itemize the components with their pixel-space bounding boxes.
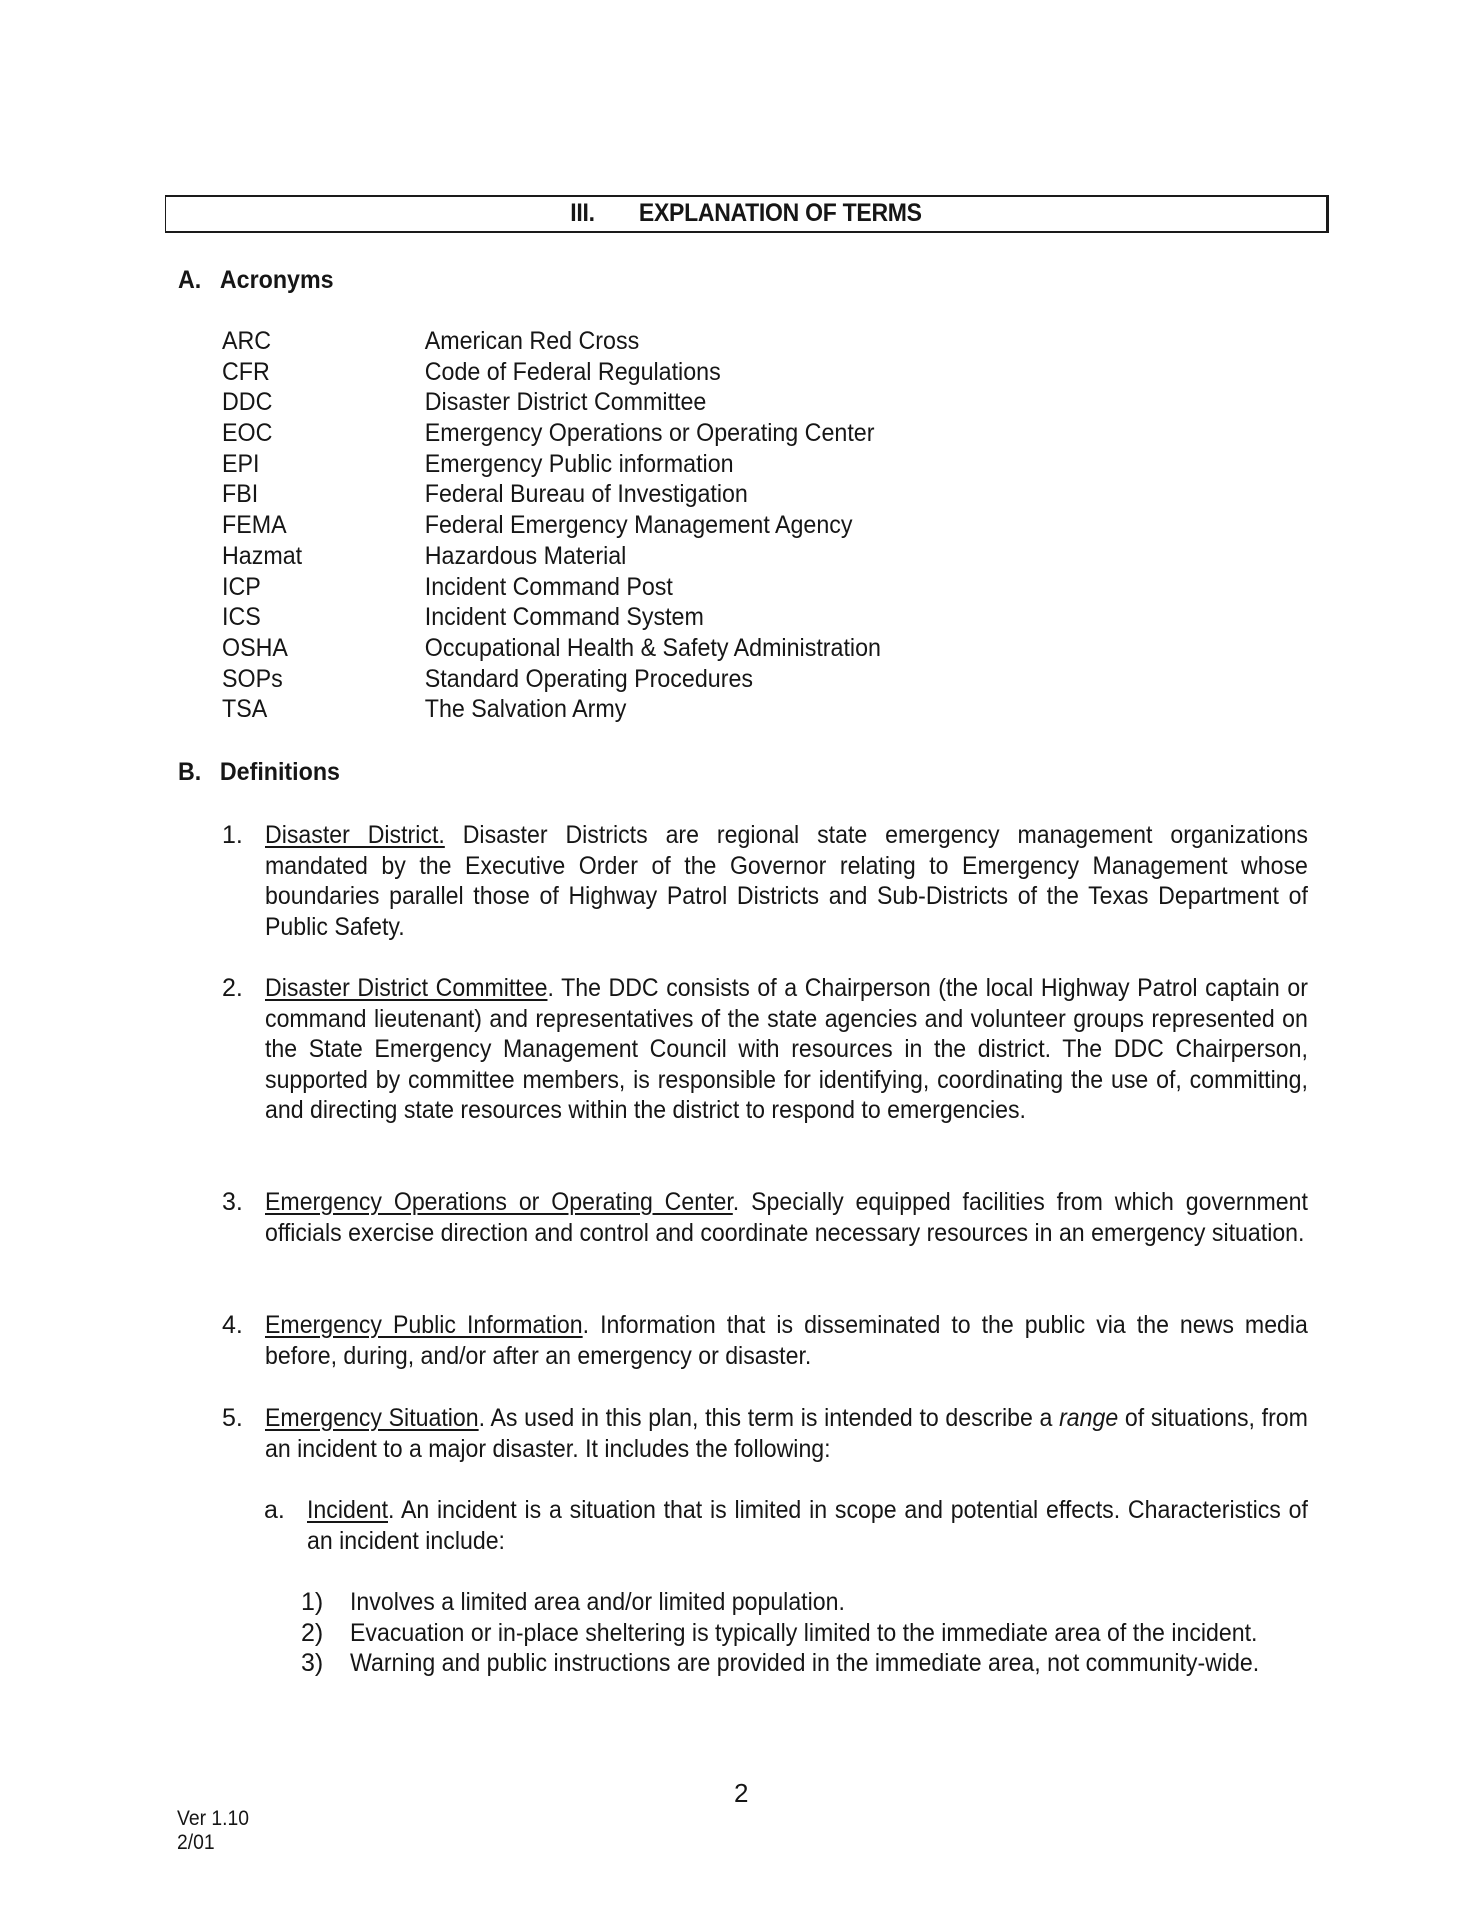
acronym-meaning: Code of Federal Regulations — [425, 358, 721, 386]
acronym-row: HazmatHazardous Material — [222, 541, 931, 572]
acronym-row: OSHAOccupational Health & Safety Adminis… — [222, 633, 931, 664]
definition-term: Disaster District Committee — [265, 974, 547, 1002]
acronym-abbreviation: Hazmat — [222, 541, 425, 572]
characteristic-text: Involves a limited area and/or limited p… — [350, 1587, 1308, 1618]
characteristic-item: 3)Warning and public instructions are pr… — [301, 1648, 1308, 1679]
definition-term: Emergency Situation — [265, 1404, 479, 1432]
section-title-text: EXPLANATION OF TERMS — [639, 199, 922, 227]
acronym-abbreviation: FEMA — [222, 510, 425, 541]
acronym-meaning: Federal Bureau of Investigation — [425, 480, 748, 508]
acronym-abbreviation: OSHA — [222, 633, 425, 664]
definition-number: 4. — [222, 1310, 243, 1341]
characteristics-list: 1)Involves a limited area and/or limited… — [301, 1587, 1308, 1679]
definitions-letter: B. — [178, 758, 220, 787]
page-number: 2 — [734, 1778, 748, 1809]
acronym-meaning: Emergency Operations or Operating Center — [425, 419, 875, 447]
acronym-row: ARCAmerican Red Cross — [222, 326, 931, 357]
acronym-row: EPIEmergency Public information — [222, 449, 931, 480]
characteristic-item: 2)Evacuation or in-place sheltering is t… — [301, 1618, 1308, 1649]
section-number: III. — [570, 199, 594, 228]
definition-term: Disaster District. — [265, 821, 445, 849]
acronym-row: ICSIncident Command System — [222, 602, 931, 633]
acronyms-heading-text: Acronyms — [220, 266, 334, 294]
definition-item: 4. Emergency Public Information. Informa… — [222, 1310, 1308, 1371]
acronym-meaning: American Red Cross — [425, 327, 639, 355]
subitem-term: Incident — [307, 1496, 388, 1524]
acronym-meaning: Federal Emergency Management Agency — [425, 511, 853, 539]
acronym-meaning: Incident Command System — [425, 603, 704, 631]
characteristic-item: 1)Involves a limited area and/or limited… — [301, 1587, 1308, 1618]
version-label: Ver 1.10 — [177, 1807, 249, 1831]
definition-text: . As used in this plan, this term is int… — [479, 1404, 1059, 1432]
acronym-table: ARCAmerican Red CrossCFRCode of Federal … — [222, 326, 931, 725]
acronym-row: FBIFederal Bureau of Investigation — [222, 479, 931, 510]
acronym-abbreviation: ICP — [222, 572, 425, 603]
acronym-meaning: Standard Operating Procedures — [425, 665, 753, 693]
acronym-row: SOPsStandard Operating Procedures — [222, 664, 931, 695]
acronym-abbreviation: FBI — [222, 479, 425, 510]
section-title: III.EXPLANATION OF TERMS — [212, 199, 1279, 228]
definition-item: 5. Emergency Situation. As used in this … — [222, 1403, 1308, 1464]
acronym-meaning: Emergency Public information — [425, 450, 734, 478]
acronym-abbreviation: SOPs — [222, 664, 425, 695]
definition-term: Emergency Public Information — [265, 1311, 583, 1339]
definition-term: Emergency Operations or Operating Center — [265, 1188, 733, 1216]
acronym-abbreviation: TSA — [222, 694, 425, 725]
characteristic-number: 1) — [301, 1587, 323, 1618]
acronym-abbreviation: CFR — [222, 357, 425, 388]
definition-item: 3. Emergency Operations or Operating Cen… — [222, 1187, 1308, 1248]
definitions-heading-text: Definitions — [220, 758, 340, 786]
definition-number: 5. — [222, 1403, 243, 1434]
characteristic-number: 3) — [301, 1648, 323, 1679]
acronym-meaning: Occupational Health & Safety Administrat… — [425, 634, 881, 662]
acronym-meaning: Incident Command Post — [425, 573, 673, 601]
version-footer: Ver 1.10 2/01 — [177, 1807, 249, 1855]
definitions-heading: B.Definitions — [178, 758, 340, 787]
acronym-row: EOCEmergency Operations or Operating Cen… — [222, 418, 931, 449]
characteristic-text: Evacuation or in-place sheltering is typ… — [350, 1618, 1308, 1649]
acronyms-letter: A. — [178, 266, 220, 295]
acronym-abbreviation: EOC — [222, 418, 425, 449]
definition-item: 1. Disaster District. Disaster Districts… — [222, 820, 1308, 942]
definition-subitem: a. Incident. An incident is a situation … — [264, 1495, 1308, 1556]
acronym-abbreviation: DDC — [222, 387, 425, 418]
document-page: III.EXPLANATION OF TERMS A.Acronyms ARCA… — [0, 0, 1484, 1920]
acronym-row: CFRCode of Federal Regulations — [222, 357, 931, 388]
definition-italic-word: range — [1059, 1404, 1118, 1432]
acronym-row: DDCDisaster District Committee — [222, 387, 931, 418]
definition-number: 3. — [222, 1187, 243, 1218]
acronym-row: FEMAFederal Emergency Management Agency — [222, 510, 931, 541]
section-title-box: III.EXPLANATION OF TERMS — [165, 195, 1329, 233]
acronym-abbreviation: ARC — [222, 326, 425, 357]
acronym-meaning: The Salvation Army — [425, 695, 627, 723]
characteristic-text: Warning and public instructions are prov… — [350, 1648, 1308, 1679]
acronym-row: ICPIncident Command Post — [222, 572, 931, 603]
acronym-meaning: Hazardous Material — [425, 542, 627, 570]
acronyms-heading: A.Acronyms — [178, 266, 334, 295]
definition-number: 1. — [222, 820, 243, 851]
definition-number: 2. — [222, 973, 243, 1004]
subitem-letter: a. — [264, 1495, 285, 1526]
subitem-text: . An incident is a situation that is lim… — [307, 1496, 1308, 1555]
acronym-abbreviation: ICS — [222, 602, 425, 633]
acronym-meaning: Disaster District Committee — [425, 388, 707, 416]
version-date: 2/01 — [177, 1831, 249, 1855]
definition-item: 2. Disaster District Committee. The DDC … — [222, 973, 1308, 1126]
characteristic-number: 2) — [301, 1618, 323, 1649]
acronym-abbreviation: EPI — [222, 449, 425, 480]
acronym-row: TSAThe Salvation Army — [222, 694, 931, 725]
